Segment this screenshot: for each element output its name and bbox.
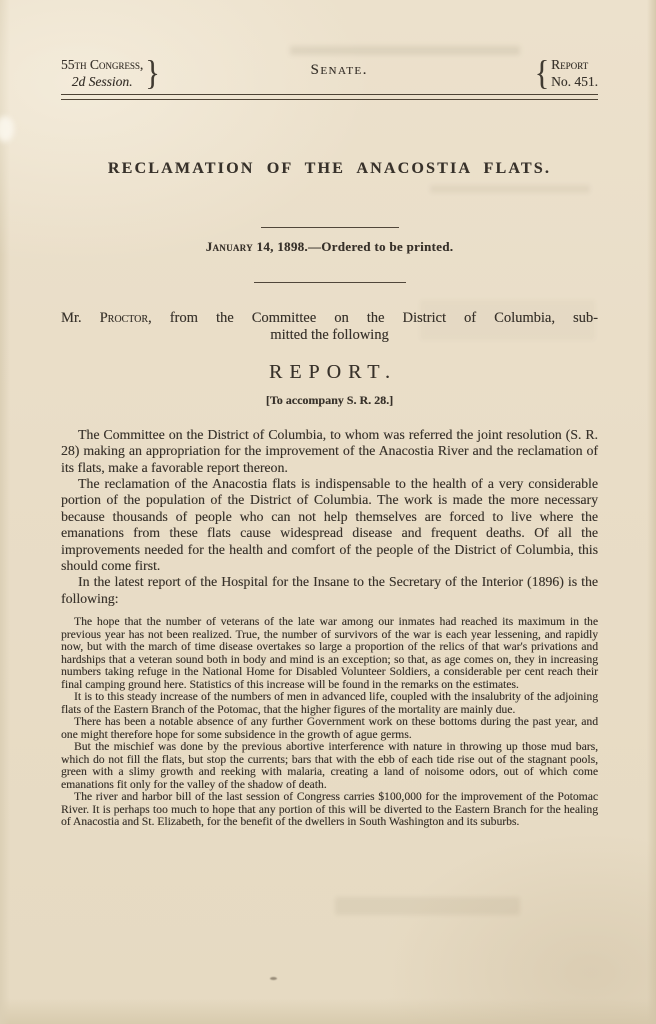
- showthrough-ghost: [335, 897, 520, 915]
- paragraph-1: The Committee on the District of Columbi…: [61, 427, 598, 476]
- report-body: The Committee on the District of Columbi…: [61, 427, 598, 607]
- session-label: 2d Session.: [61, 74, 143, 91]
- divider-rule: [261, 227, 399, 228]
- submitter-name: Proctor: [100, 310, 148, 326]
- extract-paragraph-1: The hope that the number of veterans of …: [61, 616, 598, 691]
- attribution-line-2: mitted the following: [61, 327, 598, 344]
- congress-session-block: 55th Congress, 2d Session. }: [61, 57, 162, 91]
- quoted-extract: The hope that the number of veterans of …: [61, 616, 598, 829]
- divider-rule: [254, 282, 406, 283]
- dateline-month: January: [206, 239, 253, 254]
- attribution: Mr. Proctor, from the Committee on the D…: [61, 310, 598, 344]
- report-masthead: 55th Congress, 2d Session. } Senate. { R…: [61, 57, 598, 91]
- paragraph-2: The reclamation of the Anacostia flats i…: [61, 476, 598, 574]
- dateline-rest: 14, 1898.—Ordered to be printed.: [253, 239, 453, 254]
- attribution-rest: , from the Committee on the District of …: [148, 310, 598, 326]
- report-heading: REPORT.: [61, 361, 598, 384]
- paragraph-3: In the latest report of the Hospital for…: [61, 574, 598, 607]
- chamber-label: Senate.: [310, 61, 367, 80]
- attribution-prefix: Mr.: [61, 310, 100, 326]
- report-label: Report: [551, 57, 598, 74]
- left-brace-glyph: }: [143, 57, 161, 92]
- page-content: 55th Congress, 2d Session. } Senate. { R…: [61, 0, 598, 829]
- report-number: No. 451.: [551, 74, 598, 91]
- extract-paragraph-4: But the mischief was done by the previou…: [61, 741, 598, 791]
- document-title: RECLAMATION OF THE ANACOSTIA FLATS.: [61, 160, 598, 178]
- report-number-block: { Report No. 451.: [533, 57, 598, 91]
- attribution-line-1: Mr. Proctor, from the Committee on the D…: [61, 310, 598, 327]
- extract-paragraph-3: There has been a notable absence of any …: [61, 716, 598, 741]
- paper-speck: [270, 977, 277, 980]
- accompany-note: [To accompany S. R. 28.]: [61, 393, 598, 408]
- paper-scuff: [0, 116, 14, 142]
- right-brace-glyph: {: [533, 57, 551, 92]
- congress-label: 55th Congress,: [61, 57, 143, 72]
- dateline: January 14, 1898.—Ordered to be printed.: [61, 239, 598, 255]
- document-page: 55th Congress, 2d Session. } Senate. { R…: [0, 0, 656, 1024]
- extract-paragraph-2: It is to this steady increase of the num…: [61, 691, 598, 716]
- masthead-double-rule: [61, 94, 598, 100]
- extract-paragraph-5: The river and harbor bill of the last se…: [61, 791, 598, 829]
